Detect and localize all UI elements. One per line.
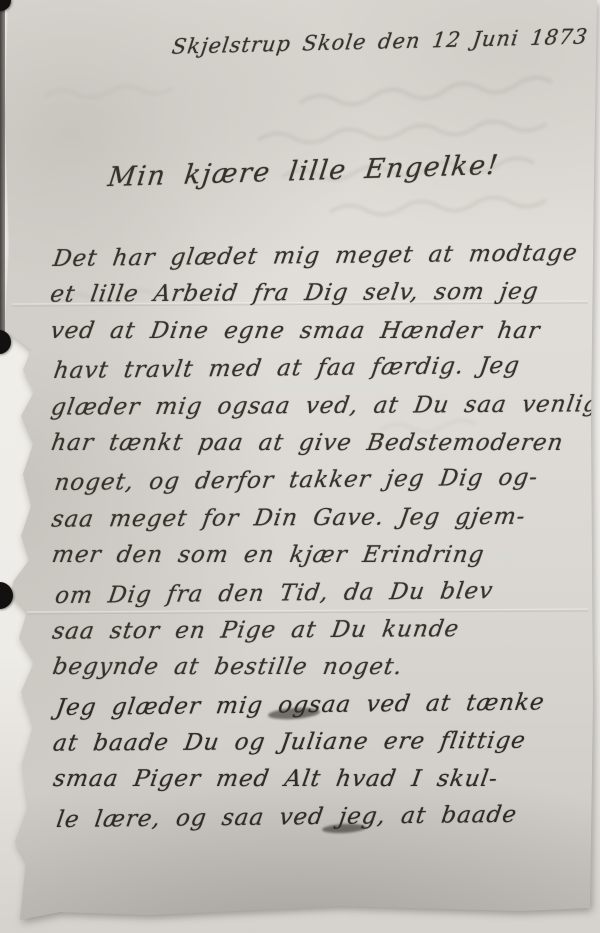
dateline: Skjelstrup Skole den 12 Juni 1873 <box>140 25 588 60</box>
letter-page-wrap: Skjelstrup Skole den 12 Juni 1873 Min kj… <box>0 0 600 933</box>
handwritten-line: le lære, og saa ved jeg, at baade <box>57 801 597 845</box>
handwritten-line: saa meget for Din Gave. Jeg gjem- <box>52 503 592 544</box>
handwritten-line: Det har glædet mig meget at modtage <box>53 240 593 284</box>
handwritten-line: et lille Arbeid fra Dig selv, som jeg <box>50 279 590 320</box>
handwritten-line: at baade Du og Juliane ere flittige <box>53 727 593 768</box>
salutation-line: Min kjære lille Engelke! <box>108 150 500 193</box>
dateline-text: Skjelstrup Skole den 12 Juni 1873 <box>170 24 589 58</box>
handwritten-line: smaa Piger med Alt hvad I skul- <box>53 766 593 803</box>
letter-body: Det har glædet mig meget at modtage et l… <box>50 241 594 843</box>
handwritten-line: har tænkt paa at give Bedstemoderen <box>51 430 591 467</box>
handwritten-line: glæder mig ogsaa ved, at Du saa venligt <box>51 391 591 432</box>
handwritten-line: begynde at bestille noget. <box>53 654 593 691</box>
handwritten-line: ved at Dine egne smaa Hænder har <box>51 318 591 355</box>
handwritten-line: havt travlt med at faa færdig. Jeg <box>54 352 594 396</box>
handwritten-line: mer den som en kjær Erindring <box>52 542 592 579</box>
salutation-text: Min kjære lille Engelke! <box>106 150 501 193</box>
letter-page: Skjelstrup Skole den 12 Juni 1873 Min kj… <box>0 0 600 933</box>
handwritten-line: om Dig fra den Tid, da Du blev <box>55 576 595 620</box>
handwritten-line: noget, og derfor takker jeg Dig og- <box>54 464 594 508</box>
letter-photograph: Skjelstrup Skole den 12 Juni 1873 Min kj… <box>0 0 600 933</box>
handwritten-line: saa stor en Pige at Du kunde <box>52 615 592 656</box>
handwritten-line: Jeg glæder mig ogsaa ved at tænke <box>56 689 596 733</box>
